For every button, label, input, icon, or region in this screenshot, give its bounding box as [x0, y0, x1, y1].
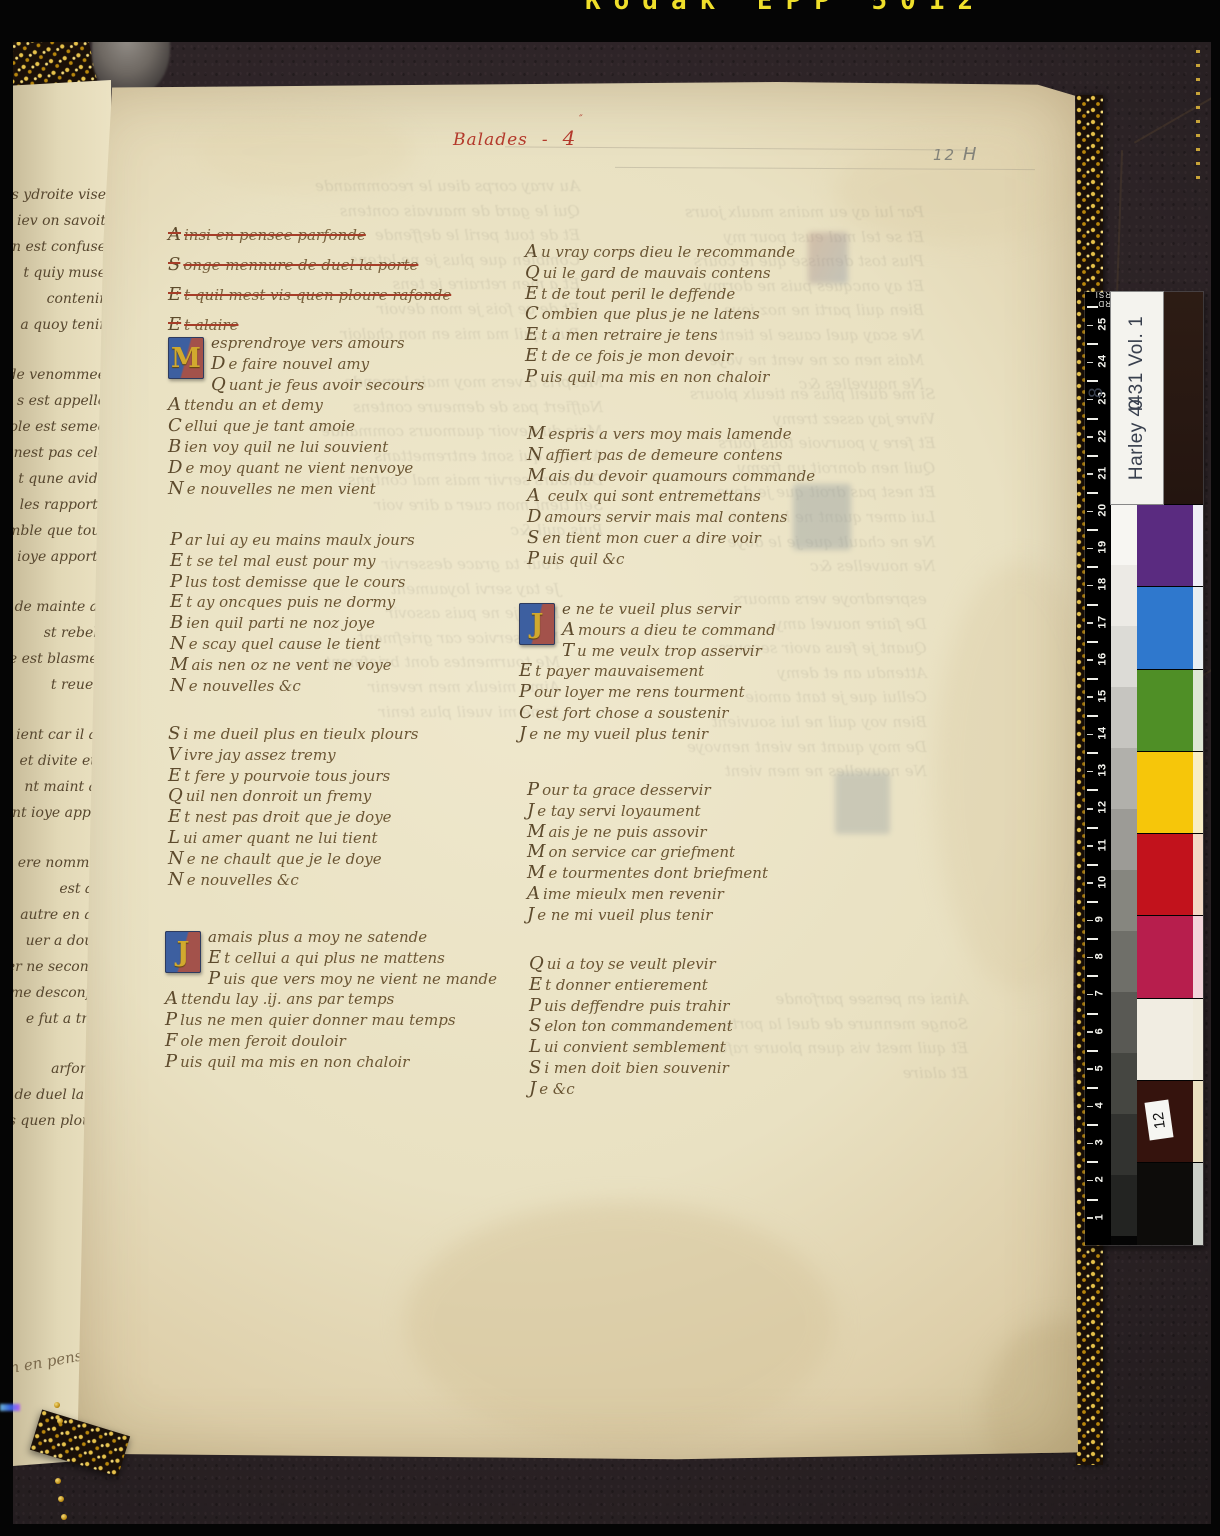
- color-bar-body: Harley 4431 Vol. 1 0 8 12: [1111, 292, 1203, 1245]
- ruler-segment: 15: [1085, 678, 1111, 715]
- manuscript-line: Puis quil ma mis en non chaloir: [165, 1052, 456, 1073]
- manuscript-line: Et nest pas droit que je doye: [168, 807, 418, 828]
- parchment-stain: [405, 1202, 835, 1442]
- ruler-segment: 21: [1085, 455, 1111, 492]
- ruler-segment: 11: [1085, 827, 1111, 864]
- manuscript-line: Puis deffendre puis trahir: [529, 996, 733, 1017]
- manuscript-line: Je ne mi vueil plus tenir: [527, 905, 768, 926]
- manuscript-line: Ne nouvelles ne men vient: [168, 479, 413, 500]
- ruler-segment: 9: [1085, 901, 1111, 938]
- manuscript-line: amais plus a moy ne satende: [165, 928, 456, 948]
- manuscript-line: Naffiert pas de demeure contens: [527, 445, 815, 466]
- grayscale-step: [1111, 992, 1137, 1053]
- manuscript-line: Puis quil &c: [527, 549, 815, 570]
- manuscript-line: Lui convient semblement: [529, 1037, 733, 1058]
- ruler-segment: 13: [1085, 752, 1111, 789]
- stanza: Mespris a vers moy mais lamendeNaffiert …: [527, 424, 815, 570]
- ruler-segment: 8: [1085, 938, 1111, 975]
- ruler-scale: 2524232221201918171615141312111098765432…: [1085, 306, 1111, 1236]
- manuscript-line: Pour loyer me rens tourment: [519, 682, 745, 703]
- color-patch-purple: [1137, 504, 1203, 586]
- grayscale-column: [1111, 504, 1137, 1245]
- tint-strip: [1193, 1081, 1203, 1162]
- gold-dot: [61, 1514, 67, 1520]
- color-patch-white: [1137, 998, 1203, 1080]
- manuscript-line: Mon service car griefment: [527, 842, 768, 863]
- grayscale-step: [1111, 626, 1137, 687]
- color-patch-brown: 12: [1137, 1080, 1203, 1162]
- stanza: Pour ta grace desservirJe tay servi loya…: [527, 780, 768, 926]
- manuscript-line: Bien voy quil ne lui souvient: [168, 437, 413, 458]
- manuscript-line: Et quil mest vis quen ploure rafonde: [168, 280, 451, 310]
- tint-strip: [1193, 587, 1203, 668]
- manuscript-line: Mais je ne puis assovir: [527, 822, 768, 843]
- manuscript-line: Attendu lay .ij. ans par temps: [165, 989, 456, 1010]
- ruler-number: 2: [1093, 1176, 1105, 1183]
- tint-strip: [1193, 999, 1203, 1080]
- ruler-segment: 17: [1085, 604, 1111, 641]
- manuscript-line: Ne scay quel cause le tient: [170, 634, 415, 655]
- ruler-number: 24: [1097, 355, 1109, 368]
- folio-letter: H: [963, 144, 979, 165]
- shelfmark-label: Harley 4431 Vol. 1 0 8: [1111, 292, 1163, 504]
- ruler-inner-mark: 0: [1126, 386, 1148, 410]
- heading-title: Balades: [453, 130, 528, 150]
- ruler-number: 25: [1097, 317, 1109, 330]
- grayscale-step: [1111, 1114, 1137, 1175]
- manuscript-line: Et fere y pourvoie tous jours: [168, 766, 418, 787]
- ruler-segment: 6: [1085, 1013, 1111, 1050]
- ruler-number: 15: [1097, 689, 1109, 702]
- ruler-number: 22: [1097, 429, 1109, 442]
- patch-number-label: 12: [1144, 1100, 1173, 1141]
- manuscript-line: Songe mennure de duel la porte: [168, 250, 451, 280]
- color-patch-red: [1137, 833, 1203, 915]
- manuscript-line: Et a men retraire je tens: [525, 325, 795, 346]
- manuscript-line: arole est semee: [13, 414, 106, 440]
- ruler-number: 13: [1097, 764, 1109, 777]
- manuscript-line: Me tourmentes dont briefment: [527, 863, 768, 884]
- manuscript-line: Si men doit bien souvenir: [529, 1058, 733, 1079]
- manuscript-line: Fole men feroit douloir: [165, 1031, 456, 1052]
- manuscript-line: Qui a toy se veult plevir: [529, 954, 733, 975]
- grayscale-step: [1111, 1175, 1137, 1236]
- tint-strip: [1193, 834, 1203, 915]
- manuscript-line: Au vray corps dieu le recommande: [525, 242, 795, 263]
- ruler-segment: 14: [1085, 715, 1111, 752]
- grayscale-step: [1111, 809, 1137, 870]
- bleedthrough-initial: [808, 232, 848, 284]
- manuscript-line: a quoy tenir: [13, 312, 106, 338]
- color-patch-yellow: [1137, 751, 1203, 833]
- color-patch-column: 12: [1137, 504, 1203, 1245]
- manuscript-line: Cellui que je tant amoie: [168, 416, 413, 437]
- manuscript-line: Combien que plus je ne latens: [525, 304, 795, 325]
- manuscript-line: Et de ce fois je mon devoir: [525, 346, 795, 367]
- film-edge-right: [1211, 0, 1220, 1536]
- ruler-number: 20: [1097, 503, 1109, 516]
- ruler-number: 1: [1093, 1213, 1105, 1220]
- manuscript-line: Ainsi en pensee parfonde: [168, 220, 451, 250]
- color-patch-magenta: [1137, 915, 1203, 997]
- manuscript-line: Au vray corps dieu le recommande: [315, 174, 580, 199]
- ruler-number: 18: [1097, 578, 1109, 591]
- manuscript-line: Aime mieulx men revenir: [527, 884, 768, 905]
- stanza: Si me dueil plus en tieulx ploursVivre j…: [168, 724, 418, 890]
- ruler-number: 7: [1093, 990, 1105, 997]
- manuscript-line: Je &c: [529, 1079, 733, 1100]
- color-patch-black: [1137, 1162, 1203, 1244]
- manuscript-line: Lui amer quant ne lui tient: [168, 828, 418, 849]
- film-edge-top: Kodak EPP 5012: [0, 0, 1220, 42]
- grayscale-step: [1111, 504, 1137, 565]
- manuscript-line: Cest fort chose a soustenir: [519, 703, 745, 724]
- color-bar-main: 12: [1111, 504, 1203, 1245]
- illuminated-initial: J: [165, 931, 201, 973]
- manuscript-line: Et donner entierement: [529, 975, 733, 996]
- manuscript-line: Quant je feus avoir secours: [168, 375, 413, 396]
- folio-digits: 12: [933, 146, 956, 164]
- dark-reference-patch: [1163, 292, 1203, 504]
- grayscale-step: [1111, 931, 1137, 992]
- manuscript-line: s ydroite vise: [13, 182, 106, 208]
- manuscript-line: st rebele: [13, 620, 106, 646]
- manuscript-line: de mainte av: [13, 594, 106, 620]
- manuscript-line: ose est blasmee: [13, 646, 106, 672]
- tint-strip: [1193, 752, 1203, 833]
- ruler-segment: 1: [1085, 1199, 1111, 1236]
- manuscript-line: mble que tout: [13, 518, 106, 544]
- grayscale-step: [1111, 687, 1137, 748]
- folio-number: 12 H: [933, 144, 978, 165]
- manuscript-line: iev on savoit: [13, 208, 106, 234]
- manuscript-line: Pour ta grace desservir: [527, 780, 768, 801]
- manuscript-line: Et de tout peril le deffende: [525, 284, 795, 305]
- stanza: Jamais plus a moy ne satendeEt cellui a …: [165, 928, 456, 1073]
- ruler-segment: 3: [1085, 1124, 1111, 1161]
- gold-dot: [57, 1418, 63, 1424]
- ruler-segment: 7: [1085, 975, 1111, 1012]
- grayscale-step: [1111, 1053, 1137, 1114]
- manuscript-line: Damours servir mais mal contens: [527, 507, 815, 528]
- manuscript-line: Vivre jay assez tremy: [168, 745, 418, 766]
- manuscript-line: ient car il ab: [13, 722, 106, 748]
- manuscript-line: nest pas cele: [13, 440, 106, 466]
- manuscript-line: Plus ne men quier donner mau temps: [165, 1010, 456, 1031]
- ruler-number: 17: [1097, 615, 1109, 628]
- ruler-number: 19: [1097, 541, 1109, 554]
- manuscript-line: Et cellui a qui plus ne mattens: [165, 948, 456, 969]
- manuscript-line: de venommee: [13, 362, 106, 388]
- gold-dotted-edge: [1196, 50, 1200, 185]
- gold-dot: [54, 1402, 60, 1408]
- ruler-segment: 20: [1085, 492, 1111, 529]
- manuscript-line: Je ne my vueil plus tenir: [519, 724, 745, 745]
- ruler-number: 14: [1097, 726, 1109, 739]
- manuscript-line: Puis que vers moy ne vient ne mande: [165, 969, 456, 990]
- stanza: Qui a toy se veult plevirEt donner entie…: [529, 954, 733, 1100]
- ruler-segment: 5: [1085, 1050, 1111, 1087]
- film-edge-bottom: [0, 1524, 1220, 1536]
- film-brand-text: Kodak EPP 5012: [585, 0, 986, 16]
- ruler-segment: 19: [1085, 529, 1111, 566]
- manuscript-line: Attendu an et demy: [168, 395, 413, 416]
- manuscript-line: nt ioye apporte: [13, 544, 106, 570]
- cancelled-lines-block: Ainsi en pensee parfondeSonge mennure de…: [168, 220, 451, 340]
- manuscript-line: Sen tient mon cuer a dire voir: [527, 528, 815, 549]
- manuscript-line: Plus tost demisse que le cours: [170, 572, 415, 593]
- ruler-number: 4: [1093, 1102, 1105, 1109]
- ruler-number: 16: [1097, 652, 1109, 665]
- grayscale-step: [1111, 748, 1137, 809]
- manuscript-line: contenir: [13, 286, 106, 312]
- manuscript-line: Puis quil ma mis en non chaloir: [525, 367, 795, 388]
- ruler-segment: 10: [1085, 864, 1111, 901]
- film-edge-left: [0, 0, 13, 1536]
- manuscript-line: Ne nouvelles &c: [168, 870, 418, 891]
- grayscale-step: [1111, 870, 1137, 931]
- manuscript-page: Au vray corps dieu le recommandeQui le g…: [75, 82, 1078, 1462]
- manuscript-photograph: s ydroite viseiev on savoiten est confus…: [0, 0, 1220, 1536]
- manuscript-line: Et se tel mal eust pour my: [170, 551, 415, 572]
- bleedthrough-initial: [835, 772, 890, 834]
- ruler-header: RD RSI: [1085, 292, 1111, 306]
- manuscript-line: Et payer mauvaisement: [519, 661, 745, 682]
- fragment-group: de venommees est appellearole est semeen…: [13, 362, 106, 570]
- ruler-number: 6: [1093, 1027, 1105, 1034]
- manuscript-line: Qui le gard de mauvais contens: [525, 263, 795, 284]
- ruler-number: 9: [1093, 916, 1105, 923]
- stanza: Au vray corps dieu le recommandeQui le g…: [525, 242, 795, 388]
- caret-mark: ″: [579, 114, 584, 125]
- ruler-segment: 24: [1085, 343, 1111, 380]
- tint-strip: [1193, 1163, 1203, 1244]
- rubric-heading: Balades-4 ″: [453, 126, 576, 150]
- manuscript-line: t reuele: [13, 672, 106, 698]
- manuscript-line: les rapporte: [13, 492, 106, 518]
- tint-strip: [1193, 670, 1203, 751]
- color-patch-blue: [1137, 586, 1203, 668]
- manuscript-line: A ceulx qui sont entremettans: [527, 486, 815, 507]
- ruler-number: 3: [1093, 1139, 1105, 1146]
- ruler-number: 10: [1097, 875, 1109, 888]
- color-calibration-bar: RD RSI 252423222120191817161514131211109…: [1085, 292, 1203, 1245]
- heading-separator: -: [542, 130, 549, 150]
- stanza: Par lui ay eu mains maulx joursEt se tel…: [170, 530, 415, 696]
- manuscript-line: Si me dueil plus en tieulx plours: [168, 724, 418, 745]
- ruler-segment: 2: [1085, 1161, 1111, 1198]
- manuscript-line: Mais du devoir quamours commande: [527, 466, 815, 487]
- color-patch-green: [1137, 669, 1203, 751]
- ruler-strip: RD RSI 252423222120191817161514131211109…: [1085, 292, 1111, 1245]
- gold-dot: [58, 1496, 64, 1502]
- manuscript-line: Quil nen donroit un fremy: [168, 786, 418, 807]
- ruler-segment: 16: [1085, 641, 1111, 678]
- manuscript-line: De faire nouvel amy: [168, 354, 413, 375]
- manuscript-line: De moy quant ne vient nenvoye: [168, 458, 413, 479]
- manuscript-line: Selon ton commandement: [529, 1016, 733, 1037]
- fragment-group: de mainte avst rebeleose est blasmeet re…: [13, 594, 106, 698]
- manuscript-line: Et ay oncques puis ne dormy: [170, 592, 415, 613]
- manuscript-line: Par lui ay eu mains maulx jours: [685, 200, 924, 225]
- ruler-number: 21: [1097, 466, 1109, 479]
- ruler-segment: 12: [1085, 789, 1111, 826]
- illuminated-initial: J: [519, 603, 555, 645]
- ruler-number: 8: [1093, 953, 1105, 960]
- manuscript-line: en est confuse: [13, 234, 106, 260]
- manuscript-line: t quiy muse: [13, 260, 106, 286]
- ruler-segment: 4: [1085, 1087, 1111, 1124]
- manuscript-line: Par lui ay eu mains maulx jours: [170, 530, 415, 551]
- stanza: Je ne te vueil plus servirAmours a dieu …: [519, 600, 745, 745]
- manuscript-line: Mespris a vers moy mais lamende: [527, 424, 815, 445]
- manuscript-line: esprendroye vers amours: [168, 334, 413, 354]
- ruler-number: 5: [1093, 1064, 1105, 1071]
- ruler-segment: 25: [1085, 306, 1111, 343]
- manuscript-line: t qune avide: [13, 466, 106, 492]
- manuscript-line: Ne nouvelles &c: [170, 676, 415, 697]
- ruler-number: 12: [1097, 801, 1109, 814]
- tint-strip: [1193, 505, 1203, 586]
- ruler-segment: 23: [1085, 380, 1111, 417]
- heading-number: 4: [563, 126, 577, 150]
- light-leak: [0, 1404, 20, 1411]
- manuscript-line: Je tay servi loyaument: [527, 801, 768, 822]
- manuscript-line: Ne ne chault que je le doye: [168, 849, 418, 870]
- grayscale-step: [1111, 565, 1137, 626]
- manuscript-line: s est appelle: [13, 388, 106, 414]
- stanza: Mesprendroye vers amoursDe faire nouvel …: [168, 334, 413, 499]
- ruler-segment: 18: [1085, 566, 1111, 603]
- tint-strip: [1193, 916, 1203, 997]
- gold-dot: [55, 1478, 61, 1484]
- manuscript-line: Bien quil parti ne noz joye: [170, 613, 415, 634]
- manuscript-line: Mais nen oz ne vent ne voye: [170, 655, 415, 676]
- fragment-group: s ydroite viseiev on savoiten est confus…: [13, 182, 106, 338]
- ruler-number: 11: [1096, 838, 1108, 851]
- illuminated-initial: M: [168, 337, 204, 379]
- ruler-segment: 22: [1085, 418, 1111, 455]
- color-bar-header: Harley 4431 Vol. 1 0 8: [1111, 292, 1203, 504]
